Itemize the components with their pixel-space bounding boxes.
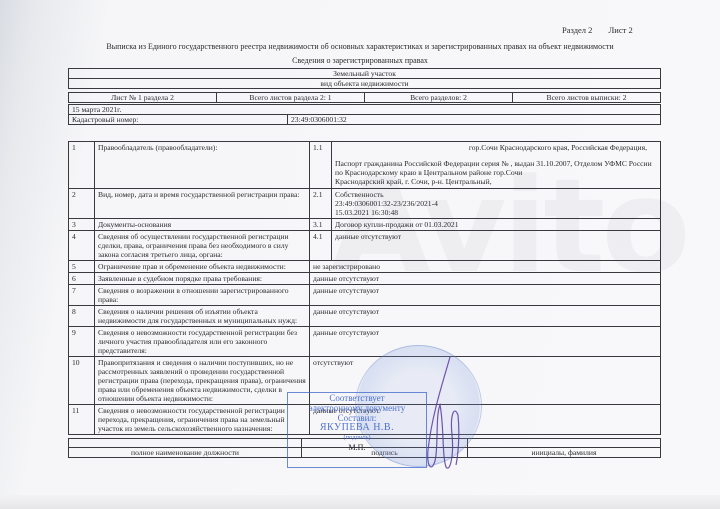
table-row: 4 Сведения об осуществлении государствен… [69,231,661,261]
row-value: не зарегистрировано [310,261,661,273]
row-label: Заявленные в судебном порядке права треб… [95,273,310,285]
total-section-sheets: Всего листов раздела 2: 1 [217,93,365,103]
table-row: 6 Заявленные в судебном порядке права тр… [69,273,661,285]
object-type-caption: вид объекта недвижимости [69,79,661,89]
table-row: 5 Ограничение прав и обременение объекта… [69,261,661,273]
cadastral-number: 23:49:0306001:32 [288,115,661,125]
object-type-table: Земельный участок вид объекта недвижимос… [68,68,661,89]
meta-table: 15 марта 2021г. Кадастровый номер: 23:49… [68,104,661,125]
row-label: Правопритязания и сведения о наличии пос… [95,357,310,405]
table-row: 9 Сведения о невозможности государственн… [69,327,661,357]
row-label: Ограничение прав и обременение объекта н… [95,261,310,273]
row-label: Сведения о наличии решения об изъятии об… [95,306,310,327]
row-value: данные отсутствуют [310,285,661,306]
row-number: 1 [69,142,95,189]
right-type: Собственность [335,190,657,199]
sheet-of-section: Лист № 1 раздела 2 [69,93,217,103]
row-label: Правообладатель (правообладатели): [95,142,310,189]
sheets-table: Лист № 1 раздела 2 Всего листов раздела … [68,92,661,103]
row-subnumber: 3.1 [310,219,332,231]
name-field [468,439,661,448]
row-subnumber: 2.1 [310,189,332,219]
row-label: Сведения об осуществлении государственно… [95,231,310,261]
table-row: 7 Сведения о возражении в отношении заре… [69,285,661,306]
page-header-right: Раздел 2 Лист 2 [562,25,647,35]
row-value: Договор купли-продажи от 01.03.2021 [332,219,661,231]
row-number: 7 [69,285,95,306]
table-row: 11 Сведения о невозможности государствен… [69,405,661,435]
cadastral-label: Кадастровый номер: [69,115,288,125]
row-value: отсутствуют [310,357,661,405]
position-field [69,439,302,448]
table-row: 1 Правообладатель (правообладатели): 1.1… [69,142,661,189]
row-label: Сведения о невозможности государственной… [95,327,310,357]
signature-table: полное наименование должности подпись ин… [68,438,661,458]
row-label: Вид, номер, дата и время государственной… [95,189,310,219]
name-caption: инициалы, фамилия [468,448,661,458]
extract-date: 15 марта 2021г. [69,105,661,115]
row-number: 5 [69,261,95,273]
owner-passport: Паспорт гражданина Российской Федерации … [335,159,657,177]
row-number: 2 [69,189,95,219]
row-value: данные отсутствуют [310,273,661,285]
total-extract-sheets: Всего листов выписки: 2 [513,93,661,103]
row-number: 6 [69,273,95,285]
row-value: гор.Сочи Краснодарского края, Российская… [332,142,661,189]
sheet-label: Лист 2 [609,25,633,35]
row-value: данные отсутствуют [310,327,661,357]
owner-address: Краснодарский край, г. Сочи, р-н. Центра… [335,177,657,186]
total-sections: Всего разделов: 2 [365,93,513,103]
rights-table: 1 Правообладатель (правообладатели): 1.1… [68,141,661,435]
table-row: 2 Вид, номер, дата и время государственн… [69,189,661,219]
document-subtitle: Сведения о зарегистрированных правах [0,56,720,65]
registration-number: 23:49:0306001:32-23/236/2021-4 [335,199,657,208]
table-row: 3 Документы-основания 3.1 Договор купли-… [69,219,661,231]
row-subnumber: 4.1 [310,231,332,261]
row-subnumber: 1.1 [310,142,332,189]
row-number: 11 [69,405,95,435]
row-number: 4 [69,231,95,261]
position-caption: полное наименование должности [69,448,302,458]
row-label: Сведения о возражении в отношении зареги… [95,285,310,306]
document-title: Выписка из Единого государственного реес… [0,42,720,51]
row-value: данные отсутствуют [310,405,661,435]
row-label: Документы-основания [95,219,310,231]
row-value: Собственность 23:49:0306001:32-23/236/20… [332,189,661,219]
object-type: Земельный участок [69,69,661,79]
owner-location: гор.Сочи Краснодарского края, Российская… [335,143,657,152]
row-label: Сведения о невозможности государственной… [95,405,310,435]
signature-field [302,439,468,448]
signature-caption: подпись [302,448,468,458]
table-row: 8 Сведения о наличии решения об изъятии … [69,306,661,327]
row-value: данные отсутствуют [332,231,661,261]
document-page: Avito Раздел 2 Лист 2 Выписка из Единого… [0,0,720,509]
table-row: 10 Правопритязания и сведения о наличии … [69,357,661,405]
row-number: 8 [69,306,95,327]
row-value: данные отсутствуют [310,306,661,327]
row-number: 10 [69,357,95,405]
registration-datetime: 15.03.2021 16:30:48 [335,208,657,217]
row-number: 9 [69,327,95,357]
section-label: Раздел 2 [562,25,592,35]
row-number: 3 [69,219,95,231]
